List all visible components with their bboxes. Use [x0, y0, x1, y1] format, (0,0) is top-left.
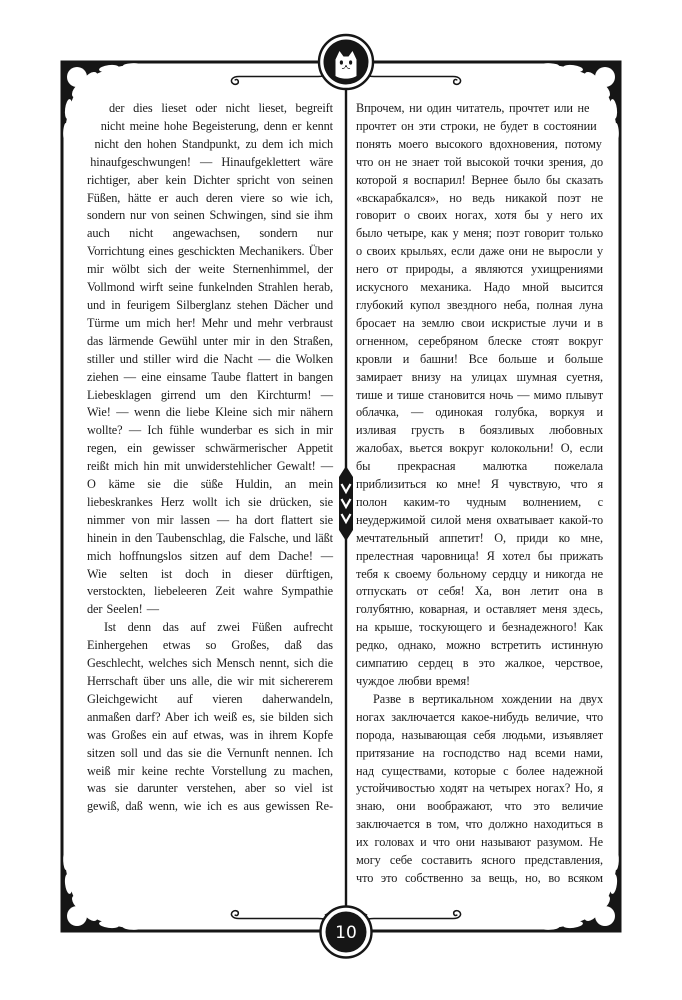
- russian-paragraph-1: Впрочем, ни один читатель, прочтет или н…: [356, 100, 603, 691]
- book-page: 10 der dies lieset oder nicht lieset, be…: [0, 0, 682, 1000]
- text-column-german: der dies lieset oder nicht lieset, begre…: [87, 100, 333, 916]
- german-paragraph-2: Ist denn das auf zwei Füßen aufrecht Ein…: [87, 619, 333, 816]
- page-number: 10: [335, 923, 357, 943]
- cat-medallion-icon: [319, 35, 373, 89]
- german-paragraph-1: der dies lieset oder nicht lieset, begre…: [87, 100, 333, 619]
- text-column-russian: Впрочем, ни один читатель, прочтет или н…: [356, 100, 603, 888]
- divider-chevron-ornament-icon: [339, 466, 353, 541]
- top-flourish-lines: [231, 69, 460, 88]
- russian-paragraph-2: Разве в вертикальном хождении на двух но…: [356, 691, 603, 888]
